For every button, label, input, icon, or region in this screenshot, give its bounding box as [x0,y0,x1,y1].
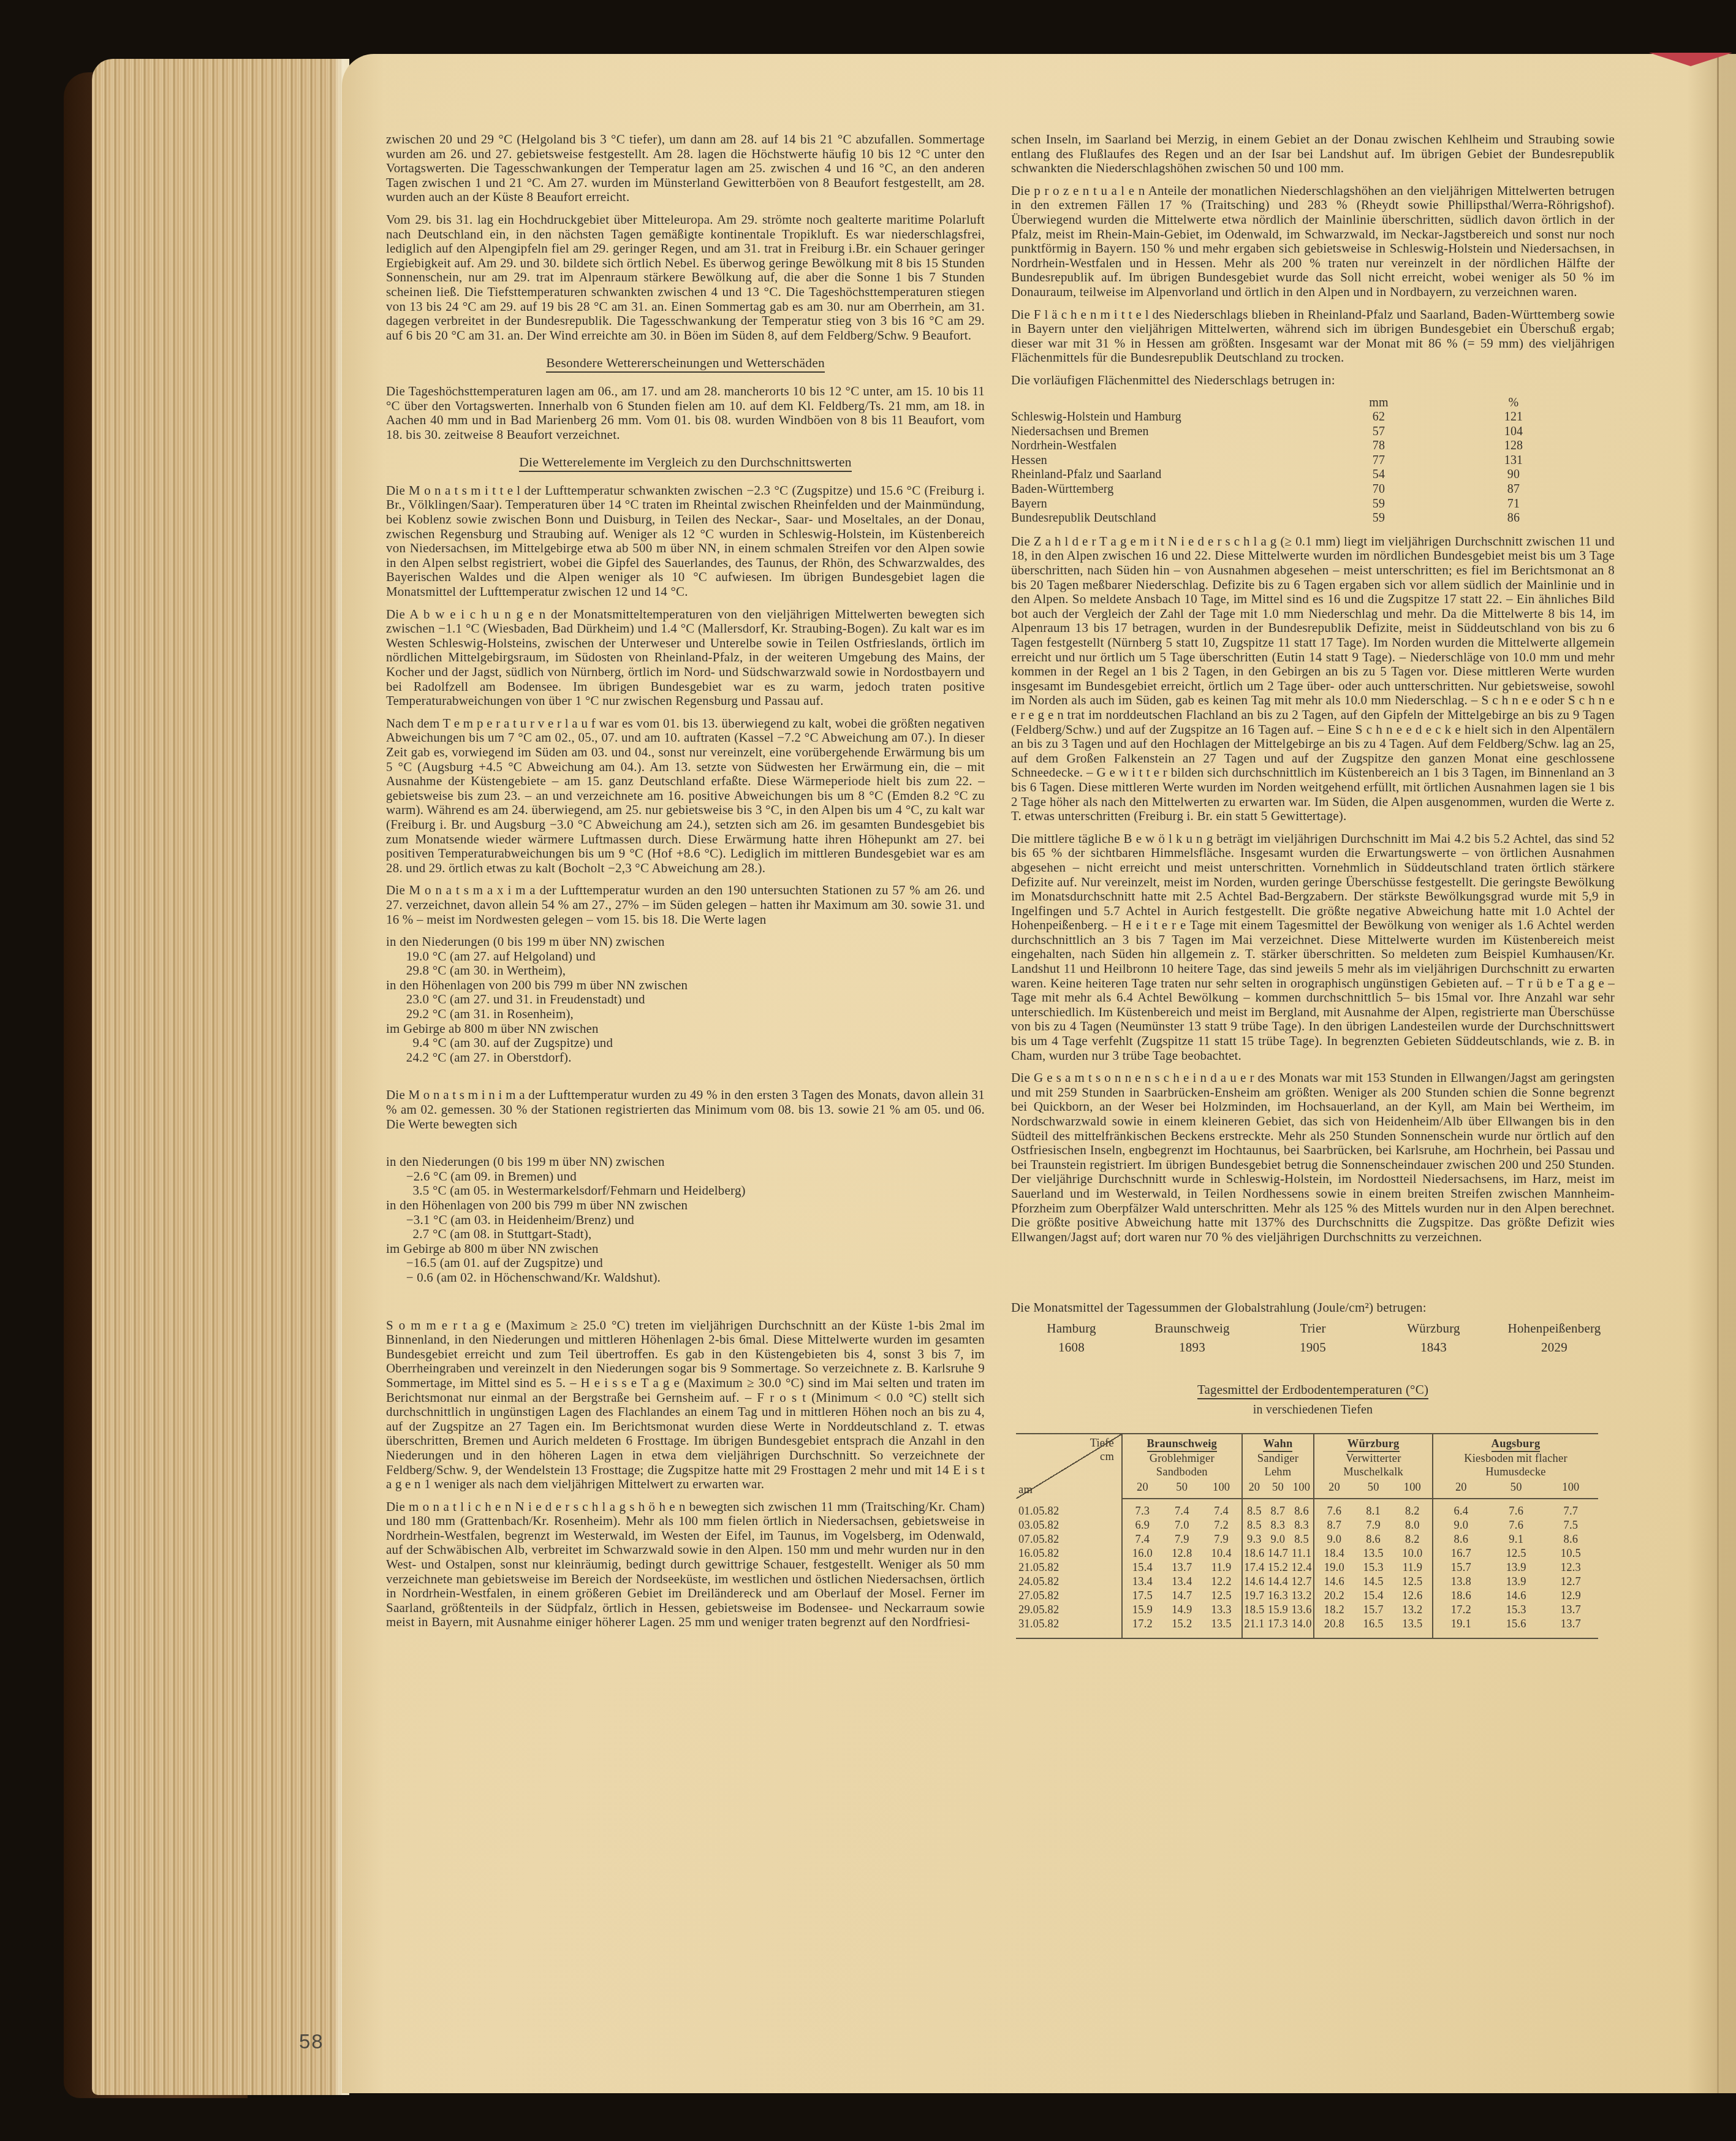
table-cell: 8.2 [1393,1499,1433,1519]
table-cell: 13.7 [1544,1603,1598,1618]
depth-label: 50 [1266,1479,1289,1499]
table-cell: 57 [1311,425,1446,439]
table-cell: 15.9 [1266,1603,1289,1618]
table-cell: 19.1 [1433,1618,1489,1638]
table-cell: 15.6 [1489,1618,1544,1638]
depth-label: 20 [1314,1479,1354,1499]
table-cell: 15.7 [1433,1561,1489,1575]
table-cell: Rheinland-Pfalz und Saarland [1011,468,1311,482]
table-cell: 121 [1446,410,1581,425]
table-cell: 11.9 [1202,1561,1242,1575]
table-cell: 9.3 [1242,1533,1267,1547]
corner-cell-tiefe-am: Tiefecm am [1016,1434,1122,1499]
table-cell: 78 [1311,439,1446,454]
table-cell: 87 [1446,482,1581,497]
globalstrahlung-station: Trier 1905 [1253,1321,1373,1355]
table-row: Hessen77131 [1011,454,1581,468]
table-row: Bundesrepublik Deutschland5986 [1011,511,1581,526]
table-cell: 8.7 [1314,1519,1354,1533]
table-cell: 03.05.82 [1016,1519,1122,1533]
table-cell: 13.8 [1433,1575,1489,1589]
station-value: 1905 [1253,1341,1373,1355]
table-cell: 11.9 [1393,1561,1433,1575]
table-cell: 8.2 [1393,1533,1433,1547]
table-cell: 17.3 [1266,1618,1289,1638]
table-cell: 17.4 [1242,1561,1267,1575]
flaechenmittel-table-header: mm % [1011,396,1581,411]
table-cell: 17.5 [1122,1589,1162,1603]
table-row: 07.05.827.47.97.99.39.08.59.08.68.28.69.… [1016,1533,1598,1547]
table-cell: 13.3 [1202,1603,1242,1618]
table-cell: 90 [1446,468,1581,482]
table-cell: 13.4 [1122,1575,1162,1589]
table-cell: 15.3 [1354,1561,1393,1575]
table-cell: 13.4 [1162,1575,1202,1589]
list-monatsmaxima-werte: in den Niederungen (0 bis 199 m über NN)… [386,935,985,1065]
paragraph-monatsmaxima: Die M o n a t s m a x i m a der Lufttemp… [386,883,985,927]
table-cell: 15.4 [1122,1561,1162,1575]
table-cell: 7.6 [1314,1499,1354,1519]
table-cell: 7.7 [1544,1499,1598,1519]
table-cell: 70 [1311,482,1446,497]
table-cell: 12.5 [1489,1547,1544,1561]
depth-label: 50 [1489,1479,1544,1499]
table-cell: Nordrhein-Westfalen [1011,439,1311,454]
table-cell: 16.05.82 [1016,1547,1122,1561]
table-cell: 20.2 [1314,1589,1354,1603]
table-cell: 8.6 [1354,1533,1393,1547]
table-cell: 13.9 [1489,1575,1544,1589]
globalstrahlung-station: Hohenpeißenberg 2029 [1494,1321,1615,1355]
table-cell: 16.7 [1433,1547,1489,1561]
table-cell: 13.2 [1290,1589,1314,1603]
table-cell: 13.5 [1393,1618,1433,1638]
table-cell: 29.05.82 [1016,1603,1122,1618]
globalstrahlung-station: Braunschweig 1893 [1132,1321,1253,1355]
table-cell: 14.6 [1314,1575,1354,1589]
paragraph-monatsmittel: Die M o n a t s m i t t e l der Lufttemp… [386,484,985,599]
globalstrahlung-block: Die Monatsmittel der Tagessummen der Glo… [1011,1301,1615,1355]
paragraph-flaechenmittel-intro: Die vorläufigen Flächenmittel des Nieder… [1011,373,1615,388]
paragraph-niederschlag-fortsetzung: schen Inseln, im Saarland bei Merzig, in… [1011,132,1615,176]
table-cell: 17.2 [1122,1618,1162,1638]
station-name: Hohenpeißenberg [1494,1321,1615,1336]
table-cell: 10.5 [1544,1547,1598,1561]
table-cell: 12.9 [1544,1589,1598,1603]
table-row: Nordrhein-Westfalen78128 [1011,439,1581,454]
table-header-empty [1011,396,1311,411]
paragraph-hochdruckgebiet: Vom 29. bis 31. lag ein Hochdruckgebiet … [386,213,985,343]
table-row: Baden-Württemberg7087 [1011,482,1581,497]
table-cell: 77 [1311,454,1446,468]
book-page-edges [92,59,349,2095]
table-cell: 7.2 [1202,1519,1242,1533]
table-cell: 20.8 [1314,1618,1354,1638]
table-cell: 6.4 [1433,1499,1489,1519]
table-cell: Schleswig-Holstein und Hamburg [1011,410,1311,425]
table-cell: Bayern [1011,497,1311,512]
table-cell: 16.0 [1122,1547,1162,1561]
table-cell: 13.5 [1354,1547,1393,1561]
table-cell: 8.6 [1544,1533,1598,1547]
table-cell: 8.5 [1290,1533,1314,1547]
left-column: zwischen 20 und 29 °C (Helgoland bis 3 °… [386,132,985,1638]
table-cell: 9.1 [1489,1533,1544,1547]
station-header-wuerzburg: Würzburg Verwitterter Muschelkalk [1314,1434,1433,1479]
table-cell: 13.9 [1489,1561,1544,1575]
table-cell: 13.5 [1202,1618,1242,1638]
table-cell: 14.6 [1242,1575,1267,1589]
depth-label: 50 [1354,1479,1393,1499]
table-row: Niedersachsen und Bremen57104 [1011,425,1581,439]
station-name: Würzburg [1373,1321,1494,1336]
page-number: 58 [299,2030,324,2053]
table-cell: 12.7 [1544,1575,1598,1589]
table-cell: 18.6 [1433,1589,1489,1603]
depth-label: 100 [1202,1479,1242,1499]
table-cell: 7.9 [1202,1533,1242,1547]
list-monatsminima-werte: in den Niederungen (0 bis 199 m über NN)… [386,1155,985,1285]
section-heading-wettererscheinungen: Besondere Wettererscheinungen und Wetter… [386,356,985,371]
table-cell: Baden-Württemberg [1011,482,1311,497]
paragraph-abweichungen: Die A b w e i c h u n g e n der Monatsmi… [386,607,985,709]
erdboden-table-title: Tagesmittel der Erdbodentemperaturen (°C… [1011,1383,1615,1398]
table-cell: 19.7 [1242,1589,1267,1603]
erdboden-table-body: 01.05.827.37.47.48.58.78.67.68.18.26.47.… [1016,1499,1598,1638]
globalstrahlung-station: Würzburg 1843 [1373,1321,1494,1355]
table-cell: 8.0 [1393,1519,1433,1533]
table-cell: 17.2 [1433,1603,1489,1618]
page: zwischen 20 und 29 °C (Helgoland bis 3 °… [342,54,1736,2093]
table-header-mm: mm [1311,396,1446,411]
paragraph-flaechenmittel: Die F l ä c h e n m i t t e l des Nieder… [1011,308,1615,365]
station-value: 1893 [1132,1341,1253,1355]
paragraph-sonnenscheindauer: Die G e s a m t s o n n e n s c h e i n … [1011,1071,1615,1244]
table-cell: 8.1 [1354,1499,1393,1519]
depth-label: 100 [1544,1479,1598,1499]
table-row: Schleswig-Holstein und Hamburg62121 [1011,410,1581,425]
table-row: 29.05.8215.914.913.318.515.913.618.215.7… [1016,1603,1598,1618]
table-cell: 7.0 [1162,1519,1202,1533]
table-cell: 01.05.82 [1016,1499,1122,1519]
table-cell: 14.6 [1489,1589,1544,1603]
table-cell: 54 [1311,468,1446,482]
red-bookmark-ribbon [1649,53,1732,66]
table-cell: 10.0 [1393,1547,1433,1561]
erdboden-table-subtitle: in verschiedenen Tiefen [1011,1403,1615,1418]
table-row: Rheinland-Pfalz und Saarland5490 [1011,468,1581,482]
table-cell: 7.6 [1489,1499,1544,1519]
station-header-augsburg: Augsburg Kiesboden mit flacher Humusdeck… [1433,1434,1598,1479]
station-name: Hamburg [1011,1321,1132,1336]
station-header-braunschweig: Braunschweig Groblehmiger Sandboden [1122,1434,1242,1479]
table-cell: 13.7 [1544,1618,1598,1638]
table-cell: 27.05.82 [1016,1589,1122,1603]
depth-label: 20 [1433,1479,1489,1499]
depth-label: 100 [1290,1479,1314,1499]
table-cell: 10.4 [1202,1547,1242,1561]
table-cell: 12.3 [1544,1561,1598,1575]
table-row: 03.05.826.97.07.28.58.38.38.77.98.09.07.… [1016,1519,1598,1533]
flaechenmittel-table-body: Schleswig-Holstein und Hamburg62121Niede… [1011,410,1581,526]
table-cell: 11.1 [1290,1547,1314,1561]
table-cell: 8.3 [1290,1519,1314,1533]
globalstrahlung-station: Hamburg 1608 [1011,1321,1132,1355]
table-cell: 128 [1446,439,1581,454]
depth-label: 20 [1242,1479,1267,1499]
erdbodentemperaturen-block: Tagesmittel der Erdbodentemperaturen (°C… [1011,1383,1615,1639]
table-cell: 15.4 [1354,1589,1393,1603]
table-cell: 62 [1311,410,1446,425]
table-cell: 14.4 [1266,1575,1289,1589]
paragraph-temperature-continuation: zwischen 20 und 29 °C (Helgoland bis 3 °… [386,132,985,205]
paragraph-niederschlagshoehen: Die m o n a t l i c h e n N i e d e r s … [386,1500,985,1630]
table-cell: 15.7 [1354,1603,1393,1618]
table-cell: 12.5 [1393,1575,1433,1589]
paragraph-prozentuale-anteile: Die p r o z e n t u a l e n Anteile der … [1011,184,1615,300]
flaechenmittel-table: mm % Schleswig-Holstein und Hamburg62121… [1011,396,1581,526]
paragraph-monatsminima: Die M o n a t s m i n i m a der Lufttemp… [386,1088,985,1131]
table-cell: 8.6 [1433,1533,1489,1547]
table-cell: 7.5 [1544,1519,1598,1533]
table-cell: 14.7 [1162,1589,1202,1603]
table-cell: 59 [1311,511,1446,526]
depth-label: 20 [1122,1479,1162,1499]
table-cell: 18.4 [1314,1547,1354,1561]
table-cell: 8.6 [1290,1499,1314,1519]
table-cell: 13.7 [1162,1561,1202,1575]
table-cell: 15.9 [1122,1603,1162,1618]
table-cell: 8.7 [1266,1499,1289,1519]
table-cell: 12.7 [1290,1575,1314,1589]
table-cell: 7.4 [1122,1533,1162,1547]
corner-label-am: am [1018,1483,1033,1497]
erdboden-table: Tiefecm am Braunschweig Groblehmiger San… [1016,1433,1598,1639]
table-cell: 15.2 [1162,1618,1202,1638]
table-cell: 13.6 [1290,1603,1314,1618]
table-row: 27.05.8217.514.712.519.716.313.220.215.4… [1016,1589,1598,1603]
table-cell: 12.6 [1393,1589,1433,1603]
table-cell: 7.3 [1122,1499,1162,1519]
table-cell: 7.4 [1202,1499,1242,1519]
station-name: Trier [1253,1321,1373,1336]
table-cell: 9.0 [1433,1519,1489,1533]
table-cell: 18.5 [1242,1603,1267,1618]
table-cell: 18.2 [1314,1603,1354,1618]
table-cell: 12.2 [1202,1575,1242,1589]
table-cell: 7.9 [1162,1533,1202,1547]
paragraph-zahl-der-tage: Die Z a h l d e r T a g e m i t N i e d … [1011,534,1615,824]
table-header-percent: % [1446,396,1581,411]
table-cell: 12.4 [1290,1561,1314,1575]
table-cell: 19.0 [1314,1561,1354,1575]
table-cell: 9.0 [1266,1533,1289,1547]
table-cell: 7.6 [1489,1519,1544,1533]
station-value: 1843 [1373,1341,1494,1355]
paragraph-sommertage-frost: S o m m e r t a g e (Maximum ≥ 25.0 °C) … [386,1318,985,1492]
station-name: Braunschweig [1132,1321,1253,1336]
right-column: schen Inseln, im Saarland bei Merzig, in… [1011,132,1615,1639]
table-cell: 9.0 [1314,1533,1354,1547]
table-cell: Bundesrepublik Deutschland [1011,511,1311,526]
table-cell: 7.9 [1354,1519,1393,1533]
table-cell: Niedersachsen und Bremen [1011,425,1311,439]
table-cell: 24.05.82 [1016,1575,1122,1589]
table-cell: 15.3 [1489,1603,1544,1618]
table-cell: 07.05.82 [1016,1533,1122,1547]
table-cell: 8.5 [1242,1519,1267,1533]
globalstrahlung-stations-row: Hamburg 1608 Braunschweig 1893 Trier 190… [1011,1321,1615,1355]
table-cell: 104 [1446,425,1581,439]
paragraph-tageshoechsttemperaturen: Die Tageshöchsttemperaturen lagen am 06.… [386,384,985,442]
paragraph-bewoelkung: Die mittlere tägliche B e w ö l k u n g … [1011,832,1615,1063]
table-cell: 14.9 [1162,1603,1202,1618]
table-cell: 13.2 [1393,1603,1433,1618]
table-cell: 8.5 [1242,1499,1267,1519]
table-cell: Hessen [1011,454,1311,468]
table-row: 31.05.8217.215.213.521.117.314.020.816.5… [1016,1618,1598,1638]
table-cell: 14.0 [1290,1618,1314,1638]
station-value: 1608 [1011,1341,1132,1355]
table-row: 21.05.8215.413.711.917.415.212.419.015.3… [1016,1561,1598,1575]
table-cell: 14.5 [1354,1575,1393,1589]
table-cell: 59 [1311,497,1446,512]
table-row: 01.05.827.37.47.48.58.78.67.68.18.26.47.… [1016,1499,1598,1519]
table-cell: 31.05.82 [1016,1618,1122,1638]
table-row: 24.05.8213.413.412.214.614.412.714.614.5… [1016,1575,1598,1589]
depth-label: 50 [1162,1479,1202,1499]
globalstrahlung-intro: Die Monatsmittel der Tagessummen der Glo… [1011,1301,1615,1315]
table-cell: 16.5 [1354,1618,1393,1638]
section-heading-wetterelemente: Die Wetterelemente im Vergleich zu den D… [386,455,985,470]
table-cell: 12.8 [1162,1547,1202,1561]
table-cell: 86 [1446,511,1581,526]
table-cell: 14.7 [1266,1547,1289,1561]
table-cell: 12.5 [1202,1589,1242,1603]
corner-label-tiefe: Tiefecm [1090,1437,1114,1464]
table-cell: 15.2 [1266,1561,1289,1575]
scanned-book-page: zwischen 20 und 29 °C (Helgoland bis 3 °… [0,0,1736,2141]
table-cell: 6.9 [1122,1519,1162,1533]
table-cell: 18.6 [1242,1547,1267,1561]
table-cell: 131 [1446,454,1581,468]
table-cell: 8.3 [1266,1519,1289,1533]
table-cell: 21.1 [1242,1618,1267,1638]
table-cell: 71 [1446,497,1581,512]
table-row: 16.05.8216.012.810.418.614.711.118.413.5… [1016,1547,1598,1561]
paragraph-temperaturverlauf: Nach dem T e m p e r a t u r v e r l a u… [386,717,985,876]
station-value: 2029 [1494,1341,1615,1355]
page-fold-crease [1717,54,1719,2093]
station-header-wahn: Wahn Sandiger Lehm [1242,1434,1314,1479]
depth-label: 100 [1393,1479,1433,1499]
table-cell: 16.3 [1266,1589,1289,1603]
table-row: Bayern5971 [1011,497,1581,512]
table-cell: 7.4 [1162,1499,1202,1519]
erdboden-table-header: Tiefecm am Braunschweig Groblehmiger San… [1016,1434,1598,1499]
table-cell: 21.05.82 [1016,1561,1122,1575]
